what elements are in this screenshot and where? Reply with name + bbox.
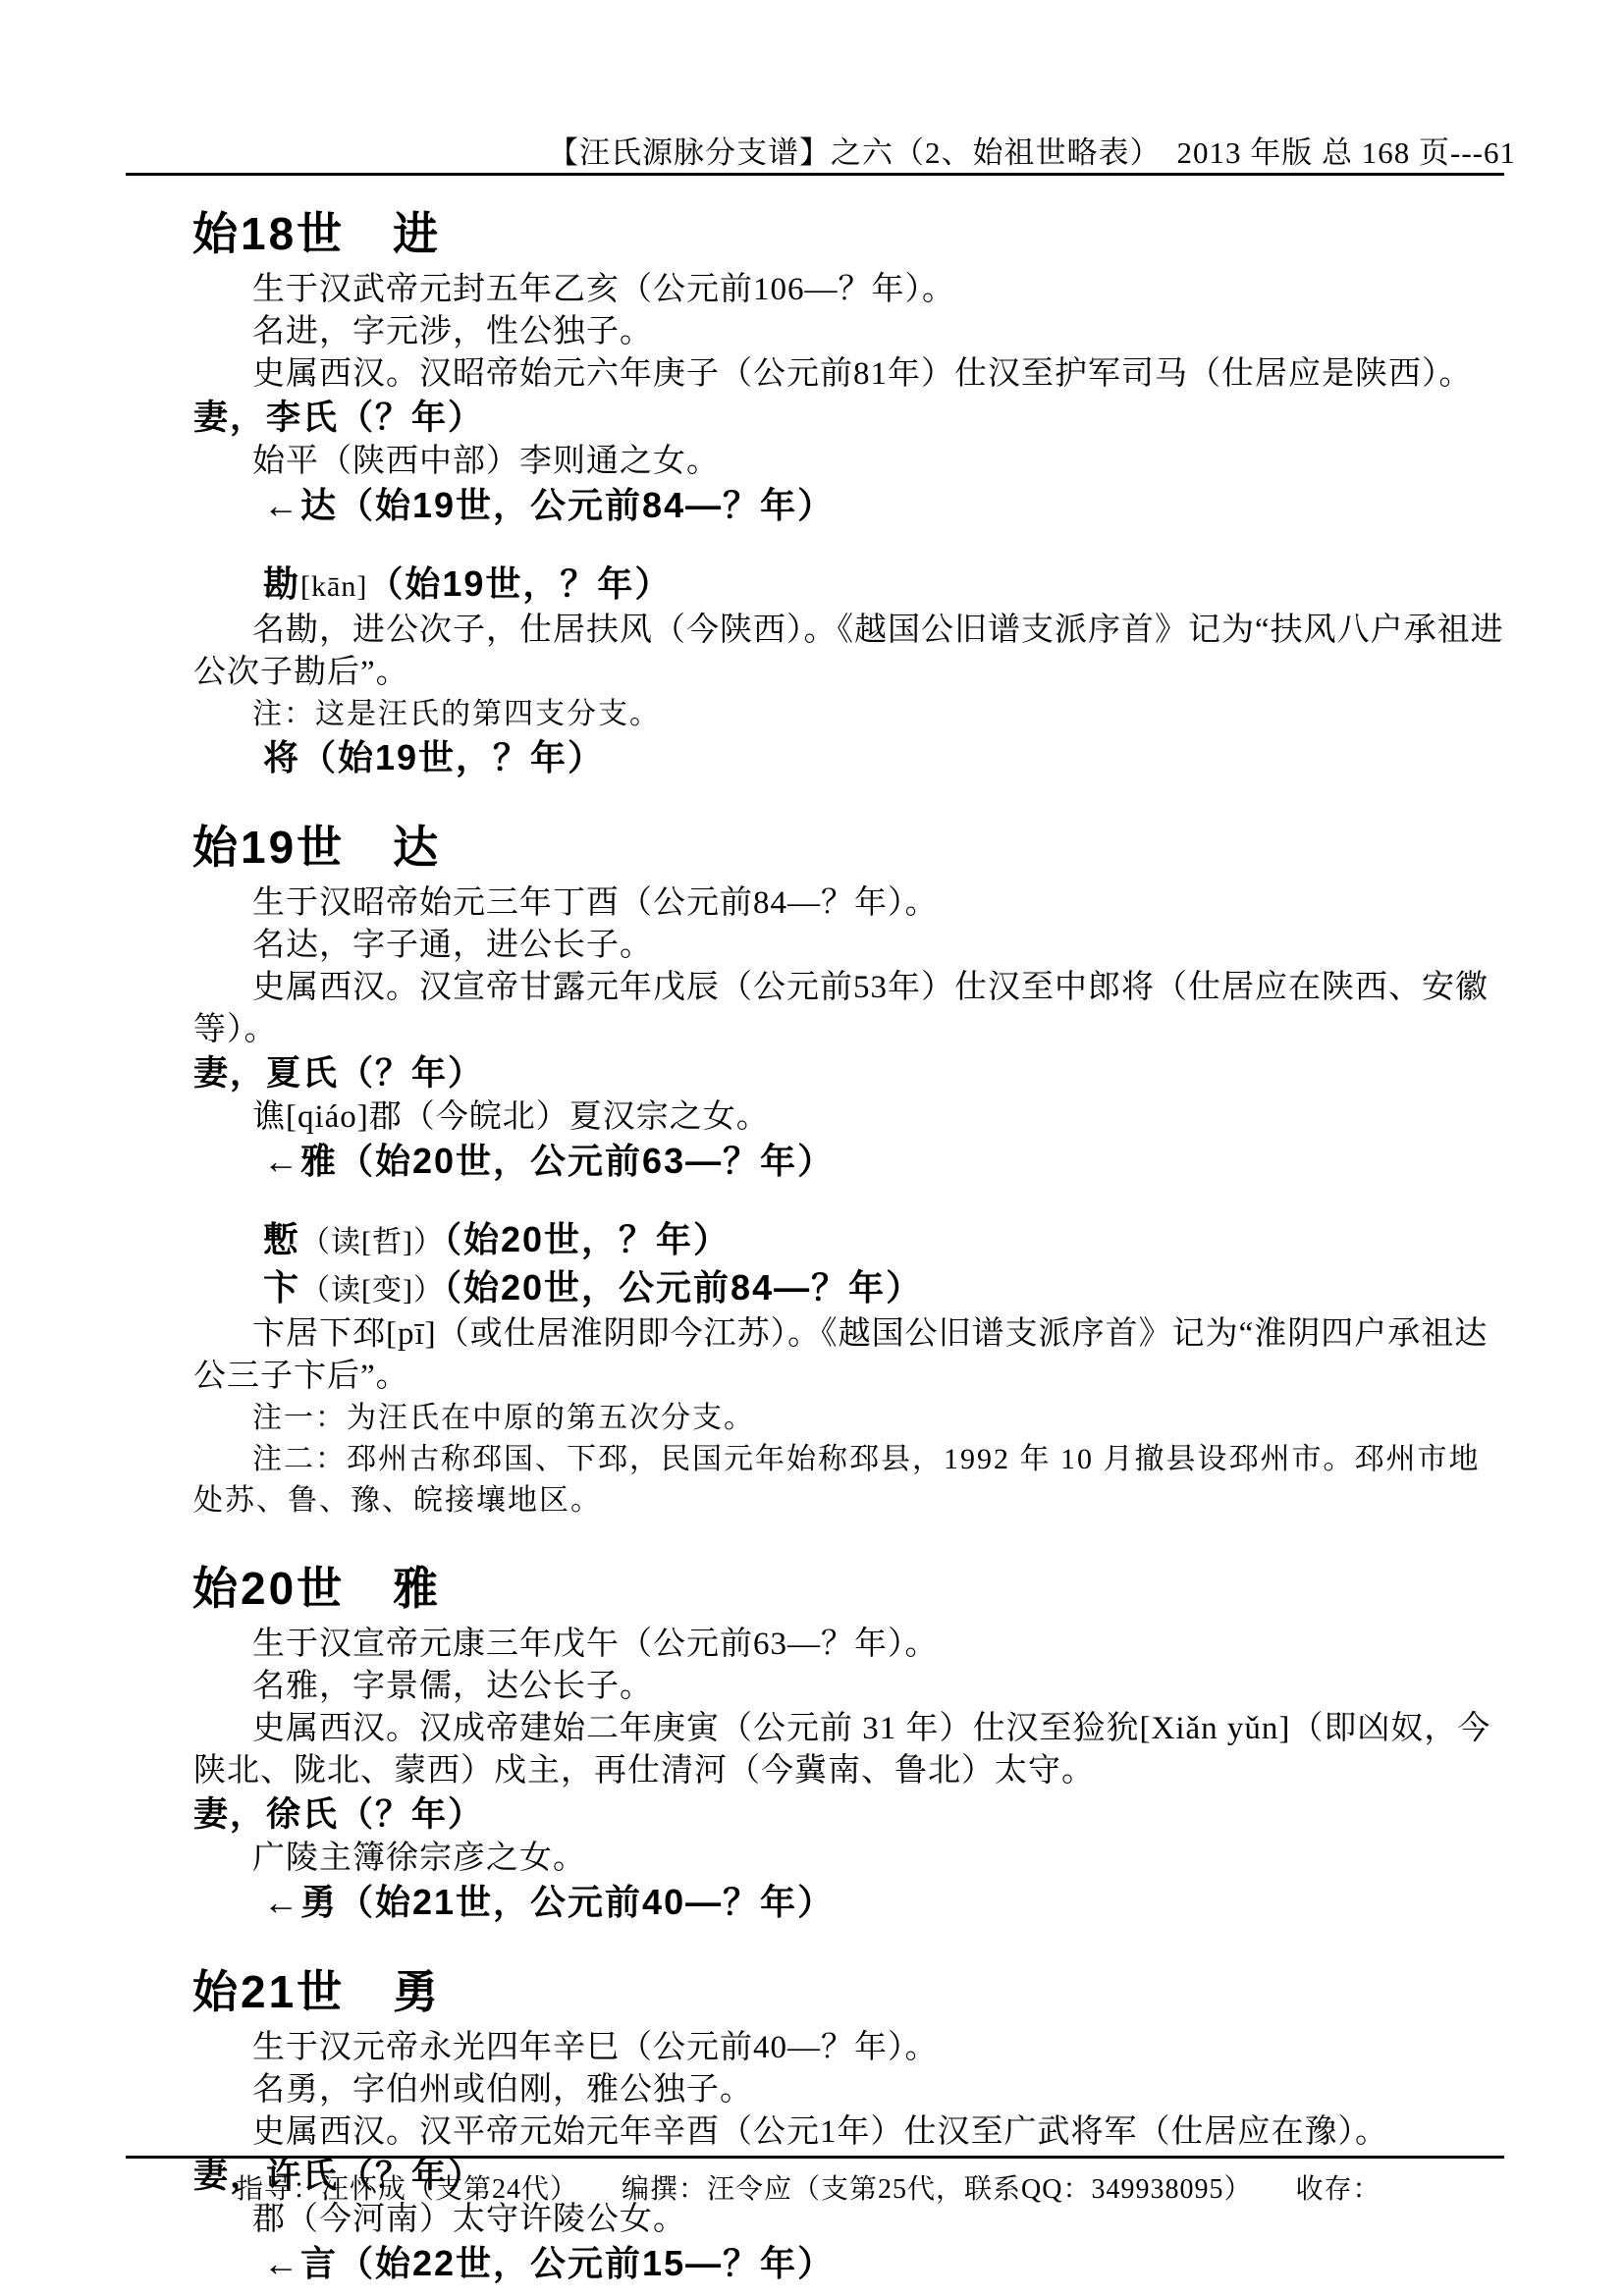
- text-segment: 卞: [263, 1267, 300, 1308]
- footer-rule: [126, 2156, 1504, 2159]
- line-child: ←言（始22世，公元前15—？年）: [263, 2241, 1624, 2286]
- section-heading: 始21世 勇: [192, 1964, 1624, 2019]
- line-body: 名达，字子通，进公长子。: [193, 925, 1508, 967]
- section-heading: 始20世 雅: [192, 1561, 1624, 1616]
- line-body: 名勘，进公次子，仕居扶风（今陕西）。《越国公旧谱支派序首》记为“扶风八户承祖进公…: [193, 610, 1508, 694]
- blank-line-spacer: [0, 528, 1624, 561]
- line-spouse: 妻，徐氏（？年）: [193, 1792, 1624, 1838]
- line-childname: 慙（读[哲]）（始20世，？年）: [263, 1217, 1624, 1265]
- line-note: 注一：为汪氏在中原的第五次分支。: [193, 1398, 1508, 1439]
- line-note: 注二：邳州古称邳国、下邳，民国元年始称邳县，1992 年 10 月撤县设邳州市。…: [193, 1439, 1508, 1522]
- line-body: 史属西汉。汉宣帝甘露元年戊辰（公元前53年）仕汉至中郎将（仕居应在陕西、安徽等）…: [193, 967, 1508, 1051]
- section-heading: 始18世 进: [192, 206, 1624, 261]
- line-body: 生于汉宣帝元康三年戊午（公元前63—？年）。: [193, 1624, 1508, 1666]
- line-body: 生于汉武帝元封五年乙亥（公元前106—？年）。: [193, 269, 1508, 311]
- line-body: 谯[qiáo]郡（今皖北）夏汉宗之女。: [193, 1096, 1508, 1139]
- page-footer: 指导：汪怀成（支第24代） 编撰：汪令应（支第25代，联系QQ：34993809…: [236, 2167, 1516, 2207]
- header-book-title: 【汪氏源脉分支谱】之六（2、始祖世略表）: [548, 128, 1162, 172]
- text-segment: （始20世，公元前84—？年）: [444, 1267, 923, 1308]
- text-segment: 勘: [263, 563, 300, 604]
- blank-line-spacer: [0, 1184, 1624, 1217]
- page-header: 【汪氏源脉分支谱】之六（2、始祖世略表） 2013 年版 总 168 页---6…: [548, 128, 1516, 172]
- line-body: 名雅，字景儒，达公长子。: [193, 1666, 1508, 1708]
- line-child: ←达（始19世，公元前84—？年）: [263, 483, 1624, 528]
- line-child: ←雅（始20世，公元前63—？年）: [263, 1139, 1624, 1184]
- section-heading: 始19世 达: [192, 820, 1624, 875]
- line-body: 始平（陕西中部）李则通之女。: [193, 441, 1508, 483]
- genealogy-page: 【汪氏源脉分支谱】之六（2、始祖世略表） 2013 年版 总 168 页---6…: [0, 0, 1624, 2296]
- line-body: 名勇，字伯州或伯刚，雅公独子。: [193, 2069, 1508, 2111]
- line-body: 史属西汉。汉昭帝始元六年庚子（公元前81年）仕汉至护军司马（仕居应是陕西）。: [193, 353, 1508, 396]
- line-body: 生于汉昭帝始元三年丁酉（公元前84—？年）。: [193, 882, 1508, 925]
- line-body: 名进，字元涉，性公独子。: [193, 311, 1508, 353]
- line-child: 将（始19世，？年）: [263, 735, 1624, 780]
- text-segment: （始19世，？年）: [367, 563, 672, 604]
- header-edition-page-number: 2013 年版 总 168 页---61: [1177, 128, 1516, 172]
- line-spouse: 妻，李氏（？年）: [193, 396, 1624, 441]
- line-body: 卞居下邳[pī]（或仕居淮阴即今江苏）。《越国公旧谱支派序首》记为“淮阴四户承祖…: [193, 1313, 1508, 1398]
- line-body: 生于汉元帝永光四年辛巳（公元前40—？年）。: [193, 2027, 1508, 2069]
- header-rule: [126, 173, 1504, 176]
- text-segment: [kān]: [300, 570, 367, 603]
- line-body: 史属西汉。汉平帝元始元年辛酉（公元1年）仕汉至广武将军（仕居应在豫）。: [193, 2111, 1508, 2154]
- text-segment: （始20世，？年）: [444, 1219, 731, 1259]
- document-body: 始18世 进生于汉武帝元封五年乙亥（公元前106—？年）。名进，字元涉，性公独子…: [0, 183, 1624, 2286]
- line-childname: 勘[kān]（始19世，？年）: [263, 561, 1624, 610]
- text-segment: （读[变]）: [300, 1274, 444, 1307]
- line-note: 注：这是汪氏的第四支分支。: [193, 694, 1508, 735]
- line-body: 广陵主簿徐宗彦之女。: [193, 1838, 1508, 1880]
- line-body: 史属西汉。汉成帝建始二年庚寅（公元前 31 年）仕汉至猃狁[Xiǎn yǔn]（…: [193, 1708, 1508, 1792]
- text-segment: 慙: [263, 1219, 300, 1259]
- line-spouse: 妻，夏氏（？年）: [193, 1051, 1624, 1096]
- line-child: ←勇（始21世，公元前40—？年）: [263, 1880, 1624, 1925]
- line-childname: 卞（读[变]）（始20世，公元前84—？年）: [263, 1265, 1624, 1313]
- text-segment: （读[哲]）: [300, 1226, 444, 1258]
